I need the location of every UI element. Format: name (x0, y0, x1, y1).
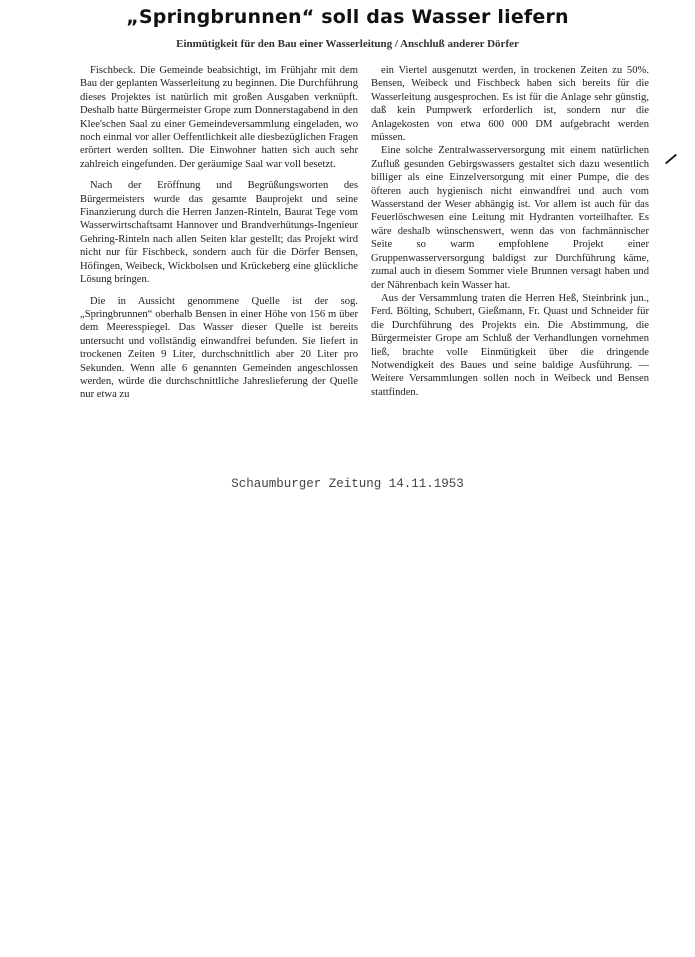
article-paragraph: ein Viertel ausgenutzt werden, in trocke… (371, 64, 649, 144)
article-paragraph: Nach der Eröffnung und Begrüßungsworten … (80, 179, 358, 286)
article-subheadline: Einmütigkeit für den Bau einer Wasserlei… (0, 38, 695, 50)
article-paragraph: Die in Aussicht genommene Quelle ist der… (80, 295, 358, 402)
pen-mark-decoration (665, 154, 677, 165)
article-paragraph: Aus der Versammlung traten die Herren He… (371, 292, 649, 399)
article-left-column: Fischbeck. Die Gemeinde beabsichtigt, im… (80, 64, 358, 410)
article-headline: „Springbrunnen“ soll das Wasser liefern (0, 6, 695, 28)
source-citation: Schaumburger Zeitung 14.11.1953 (0, 477, 695, 491)
article-paragraph: Eine solche Zentralwasserversorgung mit … (371, 144, 649, 291)
article-paragraph: Fischbeck. Die Gemeinde beabsichtigt, im… (80, 64, 358, 171)
article-right-column: ein Viertel ausgenutzt werden, in trocke… (371, 64, 649, 399)
